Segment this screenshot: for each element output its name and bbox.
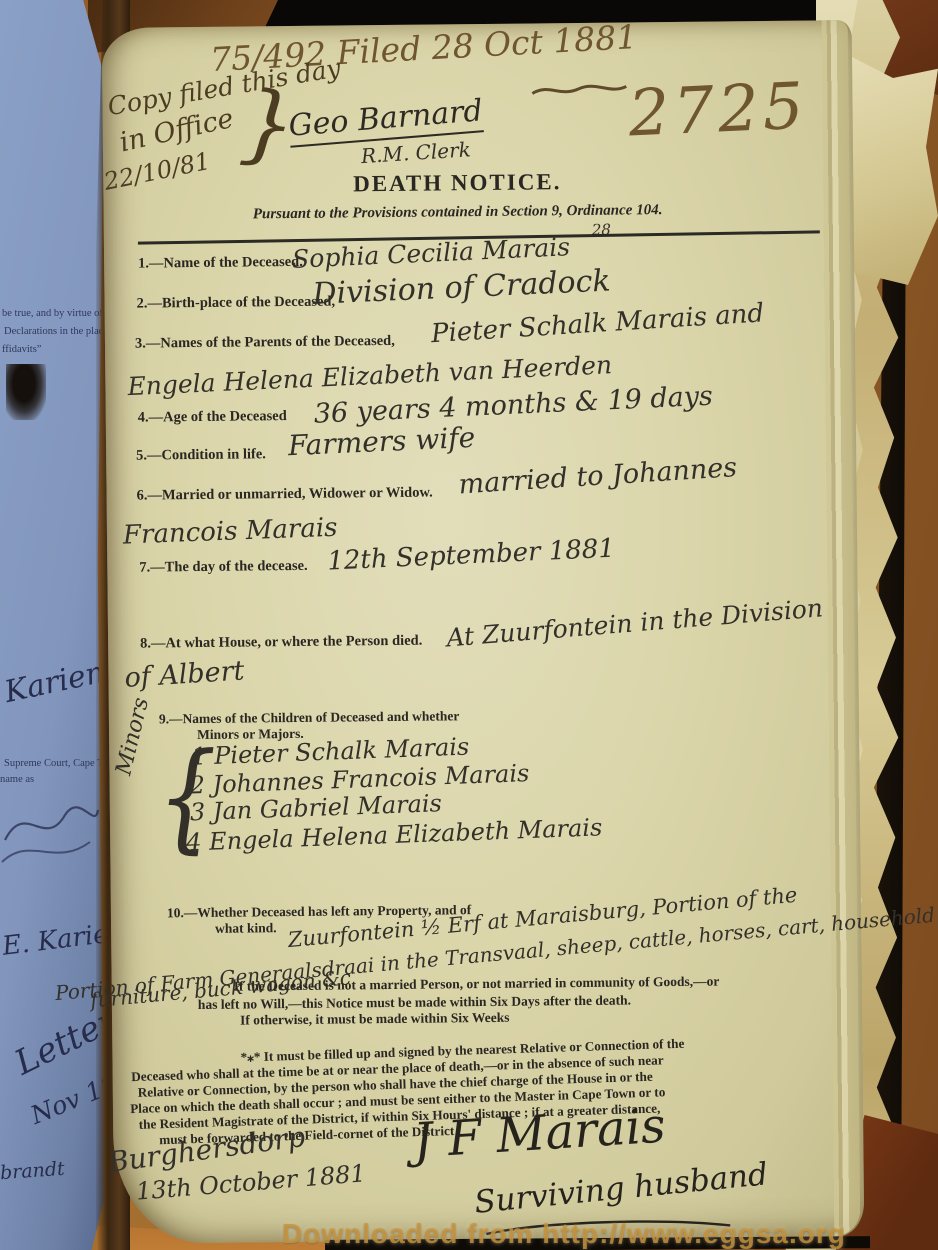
field-value-6-line2: Francois Marais <box>122 513 338 551</box>
field-label-5: 5.—Condition in life. <box>136 446 266 464</box>
field-label-4: 4.—Age of the Deceased <box>138 408 287 427</box>
deadline-note-line3: If otherwise, it must be made within Six… <box>240 1010 510 1029</box>
field-label-7: 7.—The day of the decease. <box>139 558 308 577</box>
field-label-6: 6.—Married or unmarried, Widower or Wido… <box>136 485 432 505</box>
field-value-5: Farmers wife <box>287 421 476 462</box>
field-value-3: Pieter Schalk Marais and <box>430 298 765 349</box>
footnote-block: *⁎* It must be filled up and signed by t… <box>112 1030 852 1053</box>
watermark-text: Downloaded from http://www.eggsa.org <box>282 1218 846 1250</box>
field-label-8: 8.—At what House, or where the Person di… <box>140 633 422 653</box>
field-label-1: 1.—Name of the Deceased. <box>138 254 303 273</box>
blue-page-printed-text: Supreme Court, Cape To <box>4 758 102 769</box>
blue-page-printed-text: Declarations in the place o <box>4 326 102 337</box>
signature-role: Surviving husband <box>473 1156 770 1221</box>
field-value-8-line2: of Albert <box>124 655 246 693</box>
field-value-8: At Zuurfontein in the Division <box>445 593 824 652</box>
death-notice-page: 75/492 Filed 28 Oct 1881 Copy filed this… <box>102 20 865 1244</box>
clerk-title: R.M. Clerk <box>360 137 471 168</box>
field-label-10-line2: what kind. <box>215 920 277 937</box>
blue-page-printed-text: ffidavits” <box>2 344 62 355</box>
filing-stamp-number: 2725 <box>627 69 809 151</box>
ink-squiggle <box>530 80 630 101</box>
field-label-3: 3.—Names of the Parents of the Deceased, <box>135 333 395 353</box>
field-label-9: 9.—Names of the Children of Deceased and… <box>159 708 460 727</box>
children-minors-note: Minors <box>111 695 154 777</box>
signature-scrawl <box>0 780 100 870</box>
ink-blot <box>6 364 46 420</box>
field-value-7: 12th September 1881 <box>327 534 616 577</box>
form-subtitle: Pursuant to the Provisions contained in … <box>84 200 832 225</box>
field-value-6: married to Johannes <box>458 452 738 500</box>
field-label-2: 2.—Birth-place of the Deceased, <box>136 294 335 313</box>
blue-page-printed-text: be true, and by virtue of th <box>2 308 102 319</box>
archive-photo-scene: be true, and by virtue of th Declaration… <box>0 0 938 1250</box>
blue-page-signature: brandt <box>0 1158 65 1184</box>
